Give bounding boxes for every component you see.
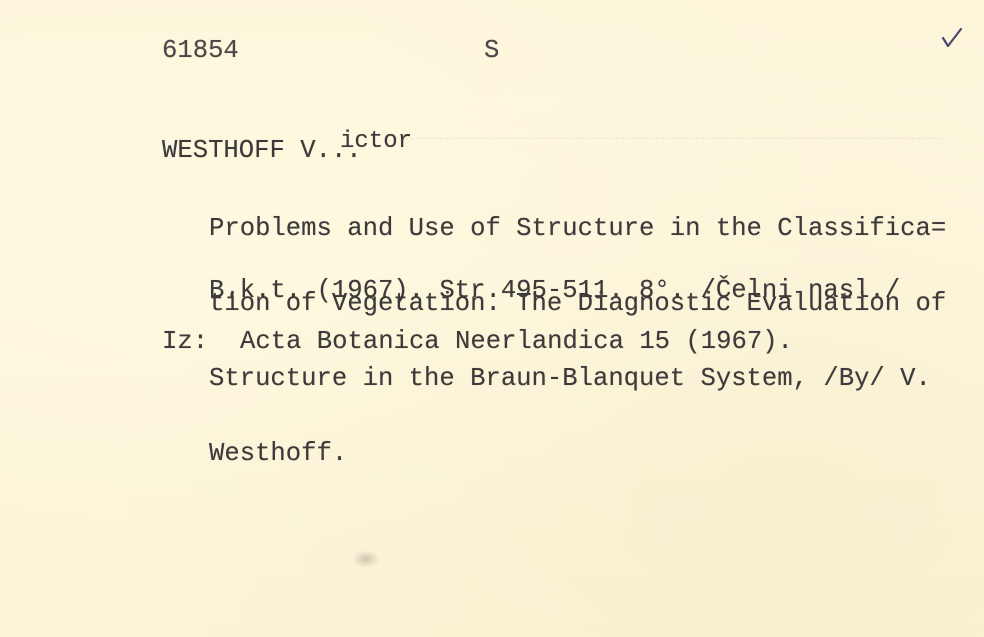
catalog-card: 61854 S WESTHOFF V... ictor Problems and… xyxy=(0,0,984,637)
accession-number: 61854 xyxy=(162,38,239,63)
author-heading: WESTHOFF V... xyxy=(162,138,362,163)
faint-ruled-line xyxy=(400,138,940,139)
title-line: Structure in the Braun-Blanquet System, … xyxy=(209,366,946,391)
author-forename-superscript: ictor xyxy=(340,128,412,155)
shelf-mark: S xyxy=(484,38,499,63)
ink-smudge xyxy=(352,550,380,568)
source-label: Iz: xyxy=(162,329,208,354)
imprint-line: B.k.t. (1967). Str.495-511. 8°. /Čelni n… xyxy=(209,278,900,303)
title-line: Problems and Use of Structure in the Cla… xyxy=(209,216,946,241)
checkmark-icon xyxy=(940,26,964,50)
title-line: Westhoff. xyxy=(209,441,946,466)
source-value: Acta Botanica Neerlandica 15 (1967). xyxy=(240,329,793,354)
